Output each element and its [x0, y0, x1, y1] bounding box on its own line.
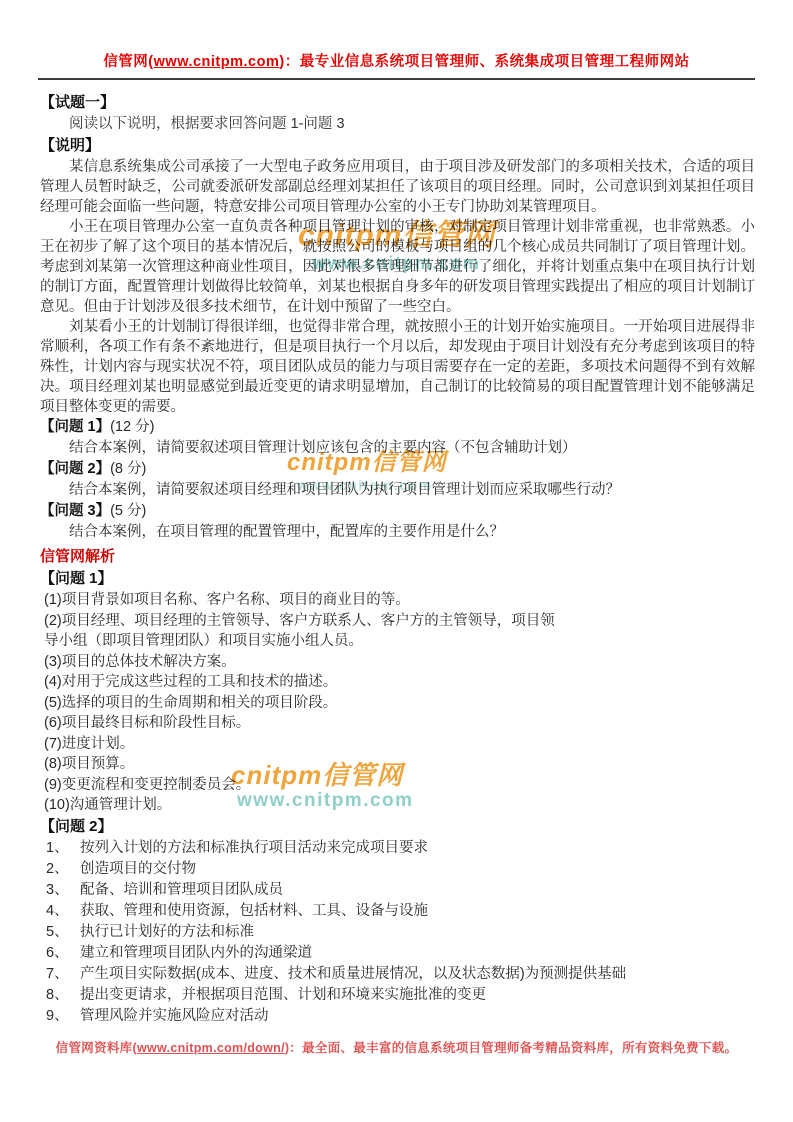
answer2-item: 8、提出变更请求，并根据项目范围、计划和环境来实施批准的变更	[40, 985, 755, 1006]
answer2-item-text: 执行已计划好的方法和标准	[80, 922, 254, 943]
description-paragraph: 刘某看小王的计划制订得很详细，也觉得非常合理，就按照小王的计划开始实施项目。一开…	[40, 317, 755, 417]
answer1-label: 【问题 1】	[40, 568, 755, 590]
answer1-item: (1)项目背景如项目名称、客户名称、项目的商业目的等。	[40, 590, 755, 611]
answer2-item: 7、产生项目实际数据(成本、进度、技术和质量进展情况，以及状态数据)为预测提供基…	[40, 964, 755, 985]
footer-site-link[interactable]: www.cnitpm.com/down/	[137, 1041, 285, 1055]
question-text: 结合本案例，在项目管理的配置管理中，配置库的主要作用是什么？	[40, 522, 755, 543]
answer2-item-number: 2、	[46, 859, 80, 880]
answer2-item-number: 6、	[46, 943, 80, 964]
question-text: 结合本案例，请简要叙述项目管理计划应该包含的主要内容（不包含辅助计划）	[40, 438, 755, 459]
question-label-line: 【问题 1】(12 分)	[40, 417, 755, 438]
question-label: 【问题 1】	[40, 419, 110, 435]
page-footer: 信管网资料库(www.cnitpm.com/down/)：最全面、最丰富的信息系…	[0, 1038, 793, 1056]
question-block: 【问题 2】(8 分) 结合本案例，请简要叙述项目经理和项目团队为执行项目管理计…	[40, 459, 755, 501]
document-content: 【试题一】 阅读以下说明，根据要求回答问题 1-问题 3 【说明】 某信息系统集…	[0, 80, 793, 1027]
question-block: 【问题 1】(12 分) 结合本案例，请简要叙述项目管理计划应该包含的主要内容（…	[40, 417, 755, 459]
question-block: 【问题 3】(5 分) 结合本案例，在项目管理的配置管理中，配置库的主要作用是什…	[40, 501, 755, 543]
document-page: 信管网(www.cnitpm.com)：最专业信息系统项目管理师、系统集成项目管…	[0, 0, 793, 1122]
answer2-item-number: 3、	[46, 880, 80, 901]
answer2-item-text: 产生项目实际数据(成本、进度、技术和质量进展情况，以及状态数据)为预测提供基础	[80, 964, 626, 985]
header-tagline: )：最专业信息系统项目管理师、系统集成项目管理工程师网站	[279, 54, 689, 70]
answer2-item-text: 按列入计划的方法和标准执行项目活动来完成项目要求	[80, 838, 428, 859]
exam-title: 【试题一】	[40, 92, 755, 114]
page-header: 信管网(www.cnitpm.com)：最专业信息系统项目管理师、系统集成项目管…	[0, 0, 793, 71]
answer1-item: (2)项目经理、项目经理的主管领导、客户方联系人、客户方的主管领导，项目领 导小…	[40, 611, 755, 652]
question-score: (12 分)	[110, 419, 154, 435]
analysis-heading: 信管网解析	[40, 545, 755, 568]
question-label: 【问题 3】	[40, 503, 110, 519]
header-site-name: 信管网(	[103, 54, 153, 70]
answer2-item-number: 4、	[46, 901, 80, 922]
answer2-item-number: 5、	[46, 922, 80, 943]
answer2-item-text: 创造项目的交付物	[80, 859, 196, 880]
question-score: (8 分)	[110, 461, 146, 477]
footer-site-name: 信管网资料库(	[56, 1041, 137, 1055]
answer1-item: (10)沟通管理计划。	[40, 795, 755, 816]
answer1-item: (6)项目最终目标和阶段性目标。	[40, 713, 755, 734]
answer2-item: 6、建立和管理项目团队内外的沟通梁道	[40, 943, 755, 964]
description-paragraph: 小王在项目管理办公室一直负责各种项目管理计划的审核，对制定项目管理计划非常重视，…	[40, 217, 755, 317]
description-paragraph: 某信息系统集成公司承接了一大型电子政务应用项目，由于项目涉及研发部门的多项相关技…	[40, 157, 755, 217]
answer2-item-number: 8、	[46, 985, 80, 1006]
answer2-item: 3、配备、培训和管理项目团队成员	[40, 880, 755, 901]
answer1-item: (3)项目的总体技术解决方案。	[40, 652, 755, 673]
answer2-item-text: 提出变更请求，并根据项目范围、计划和环境来实施批准的变更	[80, 985, 486, 1006]
answer2-item: 2、创造项目的交付物	[40, 859, 755, 880]
answer2-item-text: 建立和管理项目团队内外的沟通梁道	[80, 943, 312, 964]
question-list: 【问题 1】(12 分) 结合本案例，请简要叙述项目管理计划应该包含的主要内容（…	[40, 417, 755, 543]
answer2-item-number: 9、	[46, 1006, 80, 1027]
answer1-item: (7)进度计划。	[40, 734, 755, 755]
question-label: 【问题 2】	[40, 461, 110, 477]
answer2-item-number: 7、	[46, 964, 80, 985]
answer2-item: 5、执行已计划好的方法和标准	[40, 922, 755, 943]
answer1-item: (9)变更流程和变更控制委员会。	[40, 775, 755, 796]
answer1-item: (4)对用于完成这些过程的工具和技术的描述。	[40, 672, 755, 693]
answer2-item: 9、管理风险并实施风险应对活动	[40, 1006, 755, 1027]
question-label-line: 【问题 2】(8 分)	[40, 459, 755, 480]
answer2-list: 1、按列入计划的方法和标准执行项目活动来完成项目要求 2、创造项目的交付物 3、…	[40, 838, 755, 1027]
answer2-item-text: 配备、培训和管理项目团队成员	[80, 880, 283, 901]
answer2-item-text: 获取、管理和使用资源，包括材料、工具、设备与设施	[80, 901, 428, 922]
header-site-link[interactable]: www.cnitpm.com	[154, 54, 280, 70]
answer1-item: (8)项目预算。	[40, 754, 755, 775]
answer2-item: 4、获取、管理和使用资源，包括材料、工具、设备与设施	[40, 901, 755, 922]
answer2-label: 【问题 2】	[40, 816, 755, 838]
answer1-item: (5)选择的项目的生命周期和相关的项目阶段。	[40, 693, 755, 714]
question-score: (5 分)	[110, 503, 146, 519]
question-text: 结合本案例，请简要叙述项目经理和项目团队为执行项目管理计划而应采取哪些行动？	[40, 480, 755, 501]
answer1-list: (1)项目背景如项目名称、客户名称、项目的商业目的等。 (2)项目经理、项目经理…	[40, 590, 755, 816]
answer2-item-text: 管理风险并实施风险应对活动	[80, 1006, 269, 1027]
description-heading: 【说明】	[40, 135, 755, 157]
question-label-line: 【问题 3】(5 分)	[40, 501, 755, 522]
exam-instruction: 阅读以下说明，根据要求回答问题 1-问题 3	[40, 114, 755, 135]
footer-tagline: )：最全面、最丰富的信息系统项目管理师备考精品资料库，所有资料免费下载。	[285, 1041, 737, 1055]
answer2-item: 1、按列入计划的方法和标准执行项目活动来完成项目要求	[40, 838, 755, 859]
answer2-item-number: 1、	[46, 838, 80, 859]
description-paragraphs: 某信息系统集成公司承接了一大型电子政务应用项目，由于项目涉及研发部门的多项相关技…	[40, 157, 755, 417]
